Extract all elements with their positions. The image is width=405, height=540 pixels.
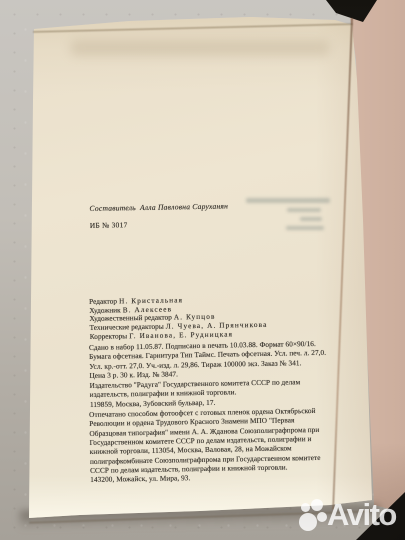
avito-watermark: Avito: [0, 0, 405, 540]
avito-logo-icon: [299, 513, 317, 531]
book-photo: СоставительАлла Павловна Саруханян ИБ № …: [0, 0, 405, 540]
avito-logo-icon: [317, 512, 327, 522]
avito-wordmark: Avito: [327, 499, 396, 530]
avito-logo-icon: [301, 503, 310, 512]
avito-logo-icon: [311, 499, 323, 511]
